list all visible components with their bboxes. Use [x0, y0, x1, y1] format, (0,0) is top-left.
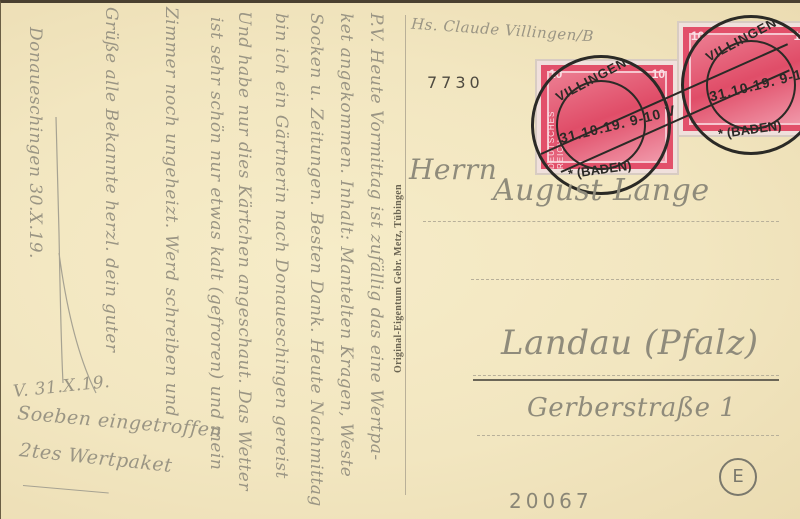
archive-number-top: 7730	[427, 73, 484, 92]
postcard-back: Hs. Claude Villingen/B 7730 10 10 DEUTSC…	[0, 0, 800, 519]
address-line-1	[423, 221, 779, 222]
recipient-salutation: Herrn	[409, 153, 497, 186]
message-line: ist sehr schön nur etwas kalt (gefroren)…	[206, 17, 226, 470]
city-underline	[473, 379, 779, 381]
sender-note: Hs. Claude Villingen/B	[411, 15, 595, 46]
message-line: P.V. Heute Vormittag ist zufällig das ei…	[366, 13, 386, 461]
message-line: Zimmer noch ungeheizt. Werd schreiben un…	[161, 7, 181, 417]
address-line-3	[473, 375, 779, 376]
publisher-imprint: Original-Eigentum Gebr. Metz, Tübingen	[393, 184, 404, 373]
place-date: Donaueschingen 30.X.19.	[25, 27, 45, 259]
message-line: Socken u. Zeitungen. Besten Dank. Heute …	[306, 13, 326, 507]
recipient-street: Gerberstraße 1	[527, 393, 736, 423]
receipt-note-line: 2tes Wertpaket	[18, 439, 173, 477]
recipient-city: Landau (Pfalz)	[501, 323, 759, 363]
message-line: Grüße alle Bekannte herzl. dein guter	[101, 7, 121, 353]
message-line: bin ich ein Gärtnerin nach Donaueschinge…	[271, 13, 291, 479]
address-line-2	[471, 279, 779, 280]
archive-number-bottom: 20067	[509, 489, 593, 513]
recipient-name: August Lange	[493, 173, 710, 208]
receipt-underline	[23, 485, 109, 493]
message-line: ket angekommen. Inhalt: Mantelten Kragen…	[336, 13, 356, 477]
address-line-4	[477, 435, 779, 436]
receipt-note-line: Soeben eingetroffen	[16, 402, 223, 442]
center-divider	[405, 15, 406, 495]
e-mark: E	[719, 458, 757, 496]
signature-flourish	[51, 113, 101, 403]
message-line: Und habe nur dies Kärtchen angeschaut. D…	[234, 11, 254, 491]
